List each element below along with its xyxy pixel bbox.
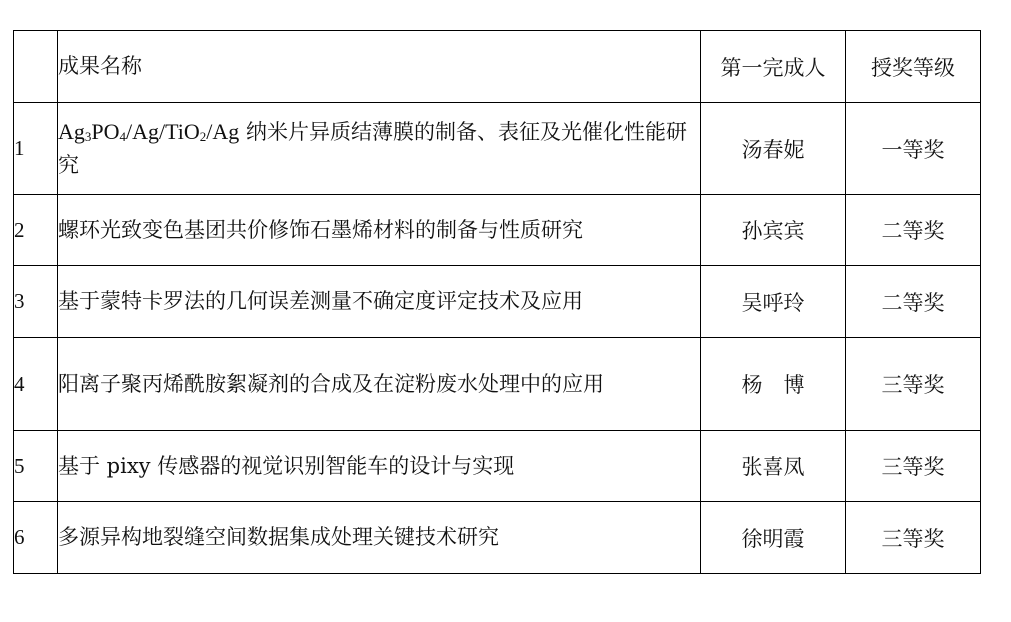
row-person: 杨 博 (701, 338, 846, 431)
row-index: 5 (14, 431, 58, 502)
row-person: 徐明霞 (701, 502, 846, 574)
header-person: 第一完成人 (701, 31, 846, 103)
row-person: 吴呼玲 (701, 266, 846, 338)
row-name: 基于 pixy 传感器的视觉识别智能车的设计与实现 (58, 431, 701, 502)
row-level: 三等奖 (846, 431, 981, 502)
row-index: 1 (14, 103, 58, 195)
row-level: 二等奖 (846, 266, 981, 338)
row-person: 汤春妮 (701, 103, 846, 195)
row-name: 螺环光致变色基团共价修饰石墨烯材料的制备与性质研究 (58, 195, 701, 266)
row-name: 阳离子聚丙烯酰胺絮凝剂的合成及在淀粉废水处理中的应用 (58, 338, 701, 431)
table-row: 5 基于 pixy 传感器的视觉识别智能车的设计与实现 张喜凤 三等奖 (14, 431, 981, 502)
row-index: 6 (14, 502, 58, 574)
table-row: 1 Ag3PO4/Ag/TiO2/Ag 纳米片异质结薄膜的制备、表征及光催化性能… (14, 103, 981, 195)
row-level: 三等奖 (846, 502, 981, 574)
table-row: 3 基于蒙特卡罗法的几何误差测量不确定度评定技术及应用 吴呼玲 二等奖 (14, 266, 981, 338)
header-name: 成果名称 (58, 31, 701, 103)
row-index: 3 (14, 266, 58, 338)
awards-table: 成果名称 第一完成人 授奖等级 1 Ag3PO4/Ag/TiO2/Ag 纳米片异… (13, 30, 981, 574)
row-person: 张喜凤 (701, 431, 846, 502)
row-level: 三等奖 (846, 338, 981, 431)
header-level: 授奖等级 (846, 31, 981, 103)
row-name: 基于蒙特卡罗法的几何误差测量不确定度评定技术及应用 (58, 266, 701, 338)
row-level: 二等奖 (846, 195, 981, 266)
row-index: 4 (14, 338, 58, 431)
row-level: 一等奖 (846, 103, 981, 195)
row-person: 孙宾宾 (701, 195, 846, 266)
table-row: 2 螺环光致变色基团共价修饰石墨烯材料的制备与性质研究 孙宾宾 二等奖 (14, 195, 981, 266)
table-row: 6 多源异构地裂缝空间数据集成处理关键技术研究 徐明霞 三等奖 (14, 502, 981, 574)
row-index: 2 (14, 195, 58, 266)
table-header-row: 成果名称 第一完成人 授奖等级 (14, 31, 981, 103)
row-name: Ag3PO4/Ag/TiO2/Ag 纳米片异质结薄膜的制备、表征及光催化性能研究 (58, 103, 701, 195)
row-name: 多源异构地裂缝空间数据集成处理关键技术研究 (58, 502, 701, 574)
header-index (14, 31, 58, 103)
table-row: 4 阳离子聚丙烯酰胺絮凝剂的合成及在淀粉废水处理中的应用 杨 博 三等奖 (14, 338, 981, 431)
